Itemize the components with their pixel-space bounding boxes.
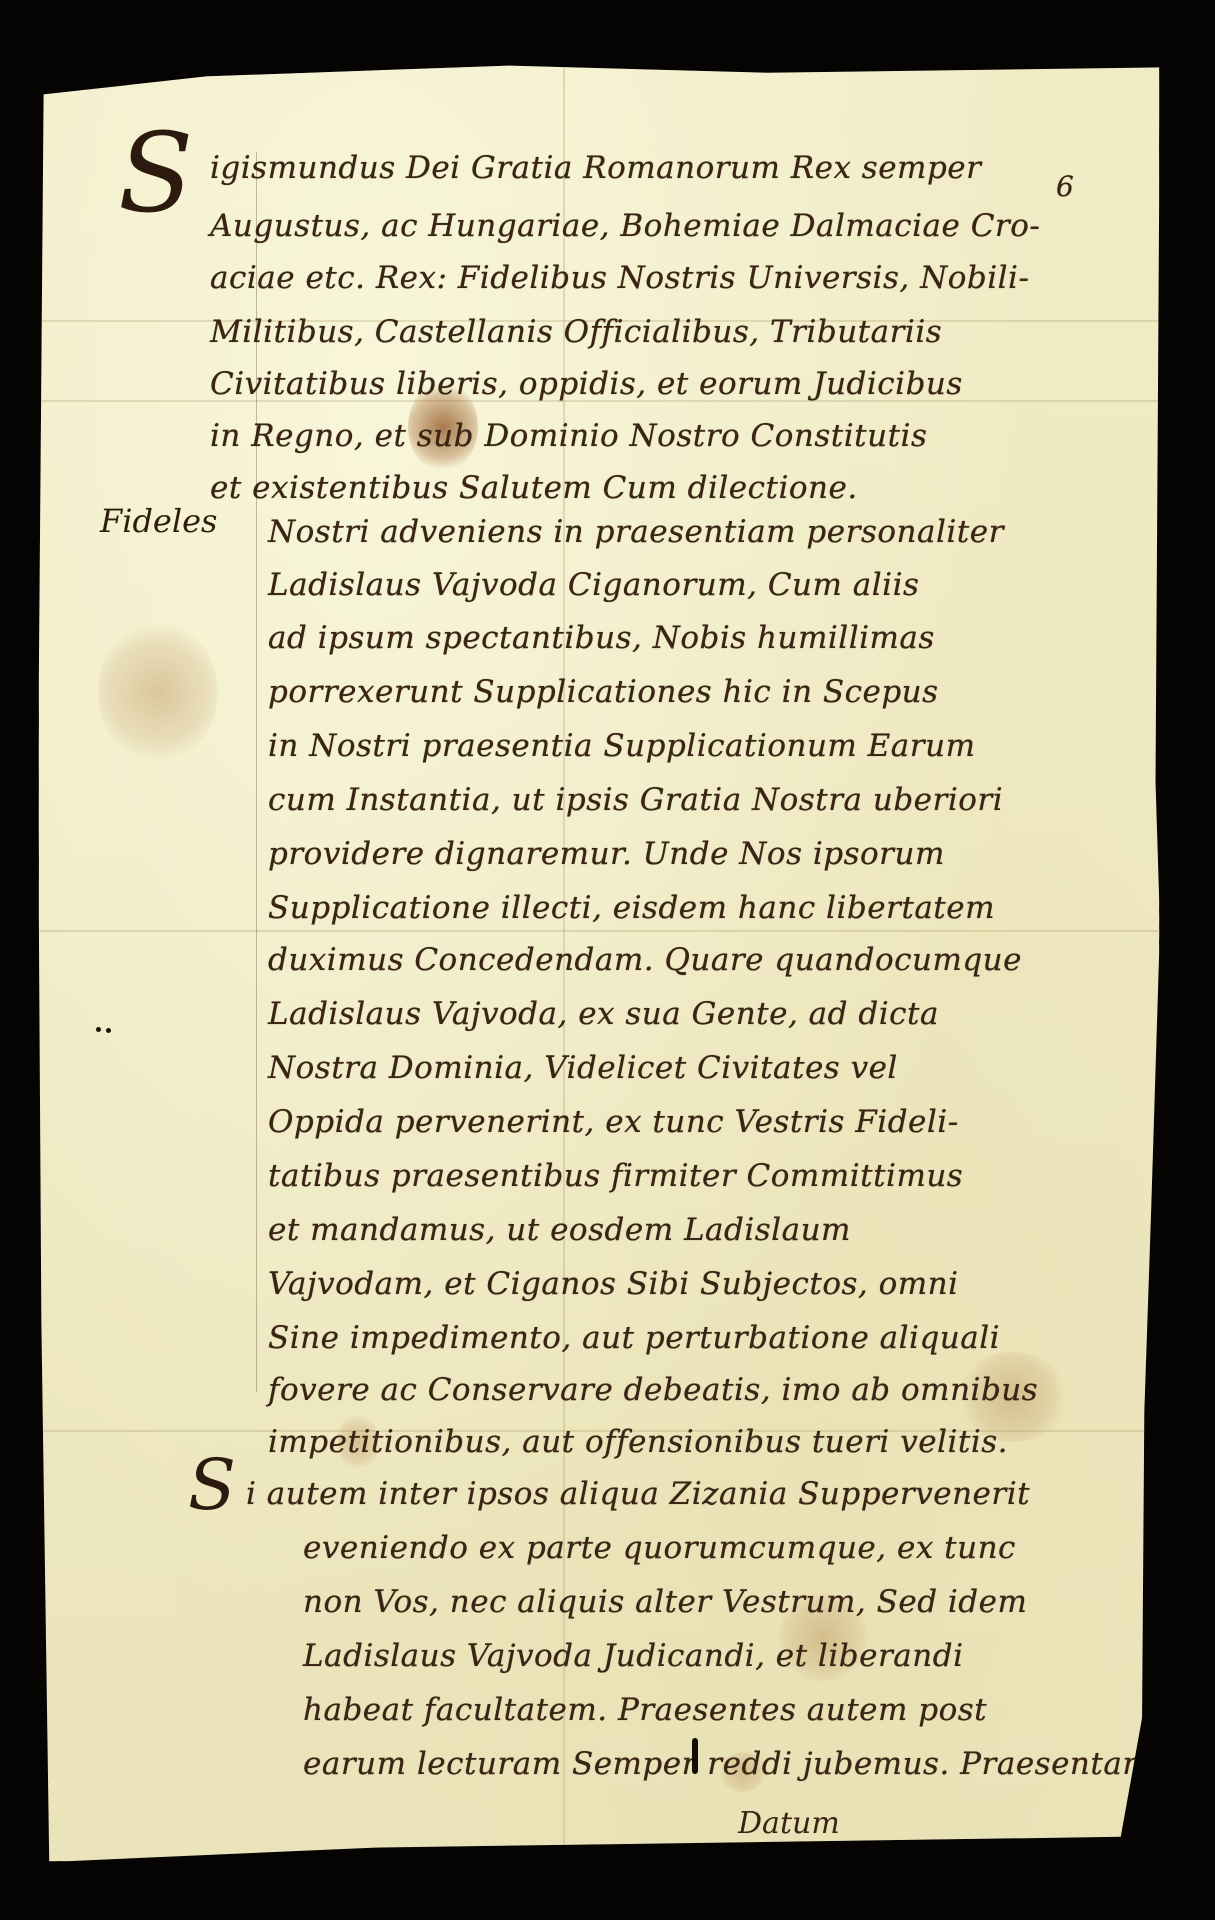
text-line: aciae etc. Rex: Fidelibus Nostris Univer… bbox=[210, 260, 1029, 296]
text-line: igismundus Dei Gratia Romanorum Rex semp… bbox=[210, 150, 981, 186]
text-line: in Nostri praesentia Supplicationum Earu… bbox=[268, 728, 975, 764]
water-stain bbox=[98, 622, 218, 762]
page-number-mark: 6 bbox=[1056, 170, 1074, 203]
closing-datum: Datum bbox=[738, 1806, 840, 1841]
text-line: duximus Concedendam. Quare quandocumque bbox=[268, 942, 1022, 978]
ink-dot bbox=[96, 1027, 101, 1032]
text-line: et existentibus Salutem Cum dilectione. bbox=[210, 470, 858, 506]
text-line: Ladislaus Vajvoda, ex sua Gente, ad dict… bbox=[268, 996, 939, 1032]
text-line: tatibus praesentibus firmiter Committimu… bbox=[268, 1158, 963, 1194]
manuscript-page: S igismundus Dei Gratia Romanorum Rex se… bbox=[38, 62, 1160, 1862]
text-line: Nostri adveniens in praesentiam personal… bbox=[268, 514, 1004, 550]
text-line: Ladislaus Vajvoda Judicandi, et liberand… bbox=[303, 1638, 963, 1674]
text-line: i autem inter ipsos aliqua Zizania Suppe… bbox=[246, 1476, 1030, 1512]
text-line: eveniendo ex parte quorumcumque, ex tunc bbox=[303, 1530, 1016, 1566]
text-line: Nostra Dominia, Videlicet Civitates vel bbox=[268, 1050, 898, 1086]
decorated-initial: S bbox=[118, 118, 193, 228]
text-line: fovere ac Conservare debeatis, imo ab om… bbox=[268, 1372, 1038, 1408]
fold-line bbox=[38, 930, 1160, 932]
text-line: Vajvodam, et Ciganos Sibi Subjectos, omn… bbox=[268, 1266, 959, 1302]
text-line: Civitatibus liberis, oppidis, et eorum J… bbox=[210, 366, 963, 402]
text-line: porrexerunt Supplicationes hic in Scepus bbox=[268, 674, 939, 710]
text-line: non Vos, nec aliquis alter Vestrum, Sed … bbox=[303, 1584, 1027, 1620]
text-line: habeat facultatem. Praesentes autem post bbox=[303, 1692, 987, 1728]
text-line: Militibus, Castellanis Officialibus, Tri… bbox=[210, 314, 942, 350]
text-line: Augustus, ac Hungariae, Bohemiae Dalmaci… bbox=[210, 208, 1040, 244]
text-line: earum lecturam Semper reddi jubemus. Pra… bbox=[303, 1746, 1192, 1782]
text-line: Supplicatione illecti, eisdem hanc liber… bbox=[268, 890, 995, 926]
text-line: Sine impedimento, aut perturbatione aliq… bbox=[268, 1320, 1000, 1356]
text-line: et mandamus, ut eosdem Ladislaum bbox=[268, 1212, 851, 1248]
ink-mark bbox=[692, 1738, 698, 1774]
text-line: cum Instantia, ut ipsis Gratia Nostra ub… bbox=[268, 782, 1003, 818]
text-line: ad ipsum spectantibus, Nobis humillimas bbox=[268, 620, 935, 656]
text-line: impetitionibus, aut offensionibus tueri … bbox=[268, 1424, 1008, 1460]
marginal-note: Fideles bbox=[100, 502, 217, 540]
text-line: providere dignaremur. Unde Nos ipsorum bbox=[268, 836, 945, 872]
text-line: Oppida pervenerint, ex tunc Vestris Fide… bbox=[268, 1104, 959, 1140]
ink-dot bbox=[106, 1028, 111, 1033]
paragraph-initial: S bbox=[188, 1450, 236, 1520]
text-line: in Regno, et sub Dominio Nostro Constitu… bbox=[210, 418, 927, 454]
text-line: Ladislaus Vajvoda Ciganorum, Cum aliis bbox=[268, 567, 919, 603]
